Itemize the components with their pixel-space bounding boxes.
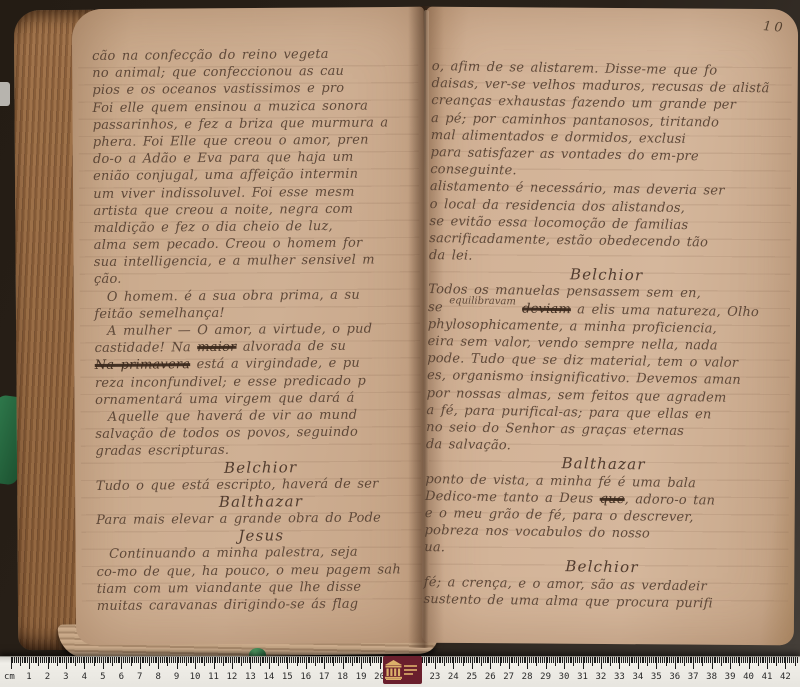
ruler-tick bbox=[378, 657, 379, 663]
ruler-tick bbox=[431, 657, 432, 663]
ruler-tick bbox=[162, 657, 163, 663]
ruler-tick bbox=[726, 657, 727, 663]
page-number: 10 bbox=[762, 19, 786, 36]
ruler-number: 40 bbox=[743, 672, 754, 682]
ruler-tick bbox=[501, 657, 502, 663]
ruler-number: 14 bbox=[263, 672, 274, 682]
ruler-number: 15 bbox=[282, 672, 293, 682]
ruler-tick bbox=[642, 657, 643, 663]
ruler-number: 36 bbox=[669, 672, 680, 682]
ruler-tick bbox=[428, 657, 429, 663]
ruler-tick bbox=[743, 657, 744, 663]
ruler-tick bbox=[595, 657, 596, 663]
ruler-number: 31 bbox=[577, 672, 588, 682]
ruler-tick bbox=[601, 657, 602, 669]
ruler-tick bbox=[88, 657, 89, 663]
ruler-number: 30 bbox=[559, 672, 570, 682]
ruler-tick bbox=[149, 657, 150, 666]
ruler-tick bbox=[682, 657, 683, 663]
ruler-tick bbox=[568, 657, 569, 663]
ruler-tick bbox=[357, 657, 358, 663]
ruler-tick bbox=[592, 657, 593, 666]
ruler-tick bbox=[252, 657, 253, 663]
ruler-tick bbox=[119, 657, 120, 663]
ruler-tick bbox=[79, 657, 80, 663]
ruler-tick bbox=[505, 657, 506, 663]
ruler-tick bbox=[215, 657, 216, 663]
ruler-tick bbox=[511, 657, 512, 663]
ruler-tick bbox=[71, 657, 72, 663]
ruler-tick bbox=[142, 657, 143, 663]
ruler-tick bbox=[719, 657, 720, 663]
ruler-tick bbox=[776, 657, 777, 666]
ruler-number: 16 bbox=[300, 672, 311, 682]
ruler-tick bbox=[370, 657, 371, 666]
ruler-tick bbox=[263, 657, 264, 663]
ruler-tick bbox=[690, 657, 691, 663]
archive-stamp bbox=[383, 656, 422, 684]
ruler-tick bbox=[273, 657, 274, 663]
ruler-tick bbox=[95, 657, 96, 663]
ruler-tick bbox=[485, 657, 486, 663]
ruler-tick bbox=[527, 657, 528, 669]
photographed-manuscript: 10 cão na confecção do reino vegetano an… bbox=[0, 0, 800, 687]
ruler-tick bbox=[474, 657, 475, 663]
ruler-tick bbox=[608, 657, 609, 663]
ruler-tick bbox=[686, 657, 687, 663]
ruler-tick bbox=[752, 657, 753, 663]
ruler-tick bbox=[219, 657, 220, 663]
ruler-tick bbox=[702, 657, 703, 666]
ruler-tick bbox=[736, 657, 737, 663]
ruler-number: 5 bbox=[100, 672, 105, 682]
ruler-tick bbox=[25, 657, 26, 663]
ruler-tick bbox=[673, 657, 674, 663]
ruler-tick bbox=[706, 657, 707, 663]
ruler-number: 42 bbox=[780, 672, 791, 682]
ruler-number: 25 bbox=[466, 672, 477, 682]
ruler-tick bbox=[468, 657, 469, 663]
ruler-tick bbox=[75, 657, 76, 666]
ruler-tick bbox=[551, 657, 552, 663]
ruler-tick bbox=[105, 657, 106, 663]
ruler-number: 1 bbox=[26, 672, 31, 682]
ruler-tick bbox=[46, 657, 47, 663]
ruler-tick bbox=[780, 657, 781, 663]
ruler-tick bbox=[42, 657, 43, 663]
ruler-tick bbox=[571, 657, 572, 663]
ruler-tick bbox=[522, 657, 523, 663]
ruler-number: 34 bbox=[632, 672, 643, 682]
ruler-tick bbox=[156, 657, 157, 663]
ruler-tick bbox=[136, 657, 137, 663]
ruler-tick bbox=[793, 657, 794, 663]
ruler-tick bbox=[18, 657, 19, 663]
ruler-tick bbox=[276, 657, 277, 663]
ruler-number: 39 bbox=[725, 672, 736, 682]
ruler-tick bbox=[284, 657, 285, 663]
ruler-tick bbox=[564, 657, 565, 669]
ruler-tick bbox=[629, 657, 630, 666]
ruler-number: 27 bbox=[503, 672, 514, 682]
ruler-tick bbox=[309, 657, 310, 663]
ruler-tick bbox=[695, 657, 696, 663]
ruler-tick bbox=[498, 657, 499, 663]
manuscript-text-left: cão na confecção do reino vegetano anima… bbox=[92, 45, 427, 615]
ruler-tick bbox=[304, 657, 305, 663]
ruler-number: 8 bbox=[155, 672, 160, 682]
ruler-tick bbox=[739, 657, 740, 666]
ruler-number: 7 bbox=[137, 672, 142, 682]
ruler-number: 6 bbox=[119, 672, 124, 682]
manuscript-line: co-mo de que, ha pouco, o meu pagem sah bbox=[96, 561, 426, 581]
ruler-number: 24 bbox=[448, 672, 459, 682]
ruler-number: 33 bbox=[614, 672, 625, 682]
ruler-tick bbox=[440, 657, 441, 663]
ruler-number: 17 bbox=[319, 672, 330, 682]
ruler-number: 28 bbox=[522, 672, 533, 682]
ruler-tick bbox=[542, 657, 543, 663]
ruler-number: 18 bbox=[337, 672, 348, 682]
ruler-tick bbox=[14, 657, 15, 663]
ruler-tick bbox=[243, 657, 244, 663]
ruler-tick bbox=[202, 657, 203, 663]
ruler-tick bbox=[461, 657, 462, 663]
ruler-tick bbox=[448, 657, 449, 663]
ruler-number: 35 bbox=[651, 672, 662, 682]
ruler-tick bbox=[374, 657, 375, 663]
ruler-tick bbox=[514, 657, 515, 663]
ruler-tick bbox=[280, 657, 281, 663]
ruler-tick bbox=[239, 657, 240, 663]
ruler-tick bbox=[51, 657, 52, 663]
ruler-tick bbox=[612, 657, 613, 663]
ruler-tick bbox=[588, 657, 589, 663]
ruler-number: 11 bbox=[208, 672, 219, 682]
ruler-tick bbox=[341, 657, 342, 663]
ruler-number: 9 bbox=[174, 672, 179, 682]
ruler-number: 23 bbox=[429, 672, 440, 682]
building-icon bbox=[385, 660, 402, 680]
ruler-tick bbox=[145, 657, 146, 663]
ruler-tick bbox=[437, 657, 438, 663]
ruler-tick bbox=[226, 657, 227, 663]
ruler-tick bbox=[193, 657, 194, 663]
ruler-tick bbox=[108, 657, 109, 663]
ruler-tick bbox=[785, 657, 786, 669]
ruler-tick bbox=[330, 657, 331, 663]
ruler-tick bbox=[773, 657, 774, 663]
ruler-tick bbox=[267, 657, 268, 663]
ruler-tick bbox=[31, 657, 32, 663]
ruler-tick bbox=[186, 657, 187, 666]
ruler-tick bbox=[559, 657, 560, 663]
ruler-tick bbox=[326, 657, 327, 663]
ruler-tick bbox=[190, 657, 191, 663]
ruler-tick bbox=[715, 657, 716, 663]
ruler-tick bbox=[669, 657, 670, 663]
ruler-tick bbox=[199, 657, 200, 663]
ruler-tick bbox=[112, 657, 113, 666]
ruler-tick bbox=[579, 657, 580, 663]
ruler-number: 10 bbox=[190, 672, 201, 682]
ruler-tick bbox=[616, 657, 617, 663]
ruler-tick bbox=[59, 657, 60, 663]
ruler-tick bbox=[712, 657, 713, 669]
ruler-tick bbox=[481, 657, 482, 666]
ruler-tick bbox=[129, 657, 130, 663]
background-sticker bbox=[0, 82, 10, 106]
ruler-tick bbox=[723, 657, 724, 663]
ruler-tick bbox=[182, 657, 183, 663]
ruler-tick bbox=[223, 657, 224, 666]
ruler-tick bbox=[575, 657, 576, 663]
ruler-tick bbox=[789, 657, 790, 663]
ruler-tick bbox=[125, 657, 126, 663]
ruler-tick bbox=[300, 657, 301, 663]
ruler-tick bbox=[297, 657, 298, 666]
ruler-tick bbox=[92, 657, 93, 663]
ruler-tick bbox=[289, 657, 290, 663]
ruler-tick bbox=[166, 657, 167, 663]
ruler-number: 12 bbox=[226, 672, 237, 682]
ruler-number: 41 bbox=[762, 672, 773, 682]
ruler-tick bbox=[457, 657, 458, 663]
ruler-tick bbox=[658, 657, 659, 663]
ruler-tick bbox=[535, 657, 536, 663]
ruler-tick bbox=[317, 657, 318, 663]
ruler-number: 38 bbox=[706, 672, 717, 682]
ruler-tick bbox=[760, 657, 761, 663]
ruler-tick bbox=[116, 657, 117, 663]
ruler-tick bbox=[518, 657, 519, 666]
ruler-tick bbox=[488, 657, 489, 663]
ruler-tick bbox=[363, 657, 364, 663]
ruler-tick bbox=[346, 657, 347, 663]
ruler-tick bbox=[153, 657, 154, 663]
ruler-number: 32 bbox=[595, 672, 606, 682]
ruler-tick bbox=[531, 657, 532, 663]
manuscript-line: sua intelligencia, e a mulher sensivel m bbox=[94, 251, 424, 271]
ruler-tick bbox=[38, 657, 39, 666]
ruler-tick bbox=[662, 657, 663, 663]
ruler-tick bbox=[230, 657, 231, 663]
ruler-tick bbox=[477, 657, 478, 663]
ruler-tick bbox=[132, 657, 133, 663]
ruler-tick bbox=[555, 657, 556, 666]
ruler-tick bbox=[699, 657, 700, 663]
manuscript-line: passarinhos, e fez a briza que murmura a bbox=[93, 114, 423, 134]
ruler-tick bbox=[173, 657, 174, 663]
ruler-number: 19 bbox=[356, 672, 367, 682]
ruler-tick bbox=[293, 657, 294, 663]
ruler-tick bbox=[22, 657, 23, 663]
ruler-tick bbox=[547, 657, 548, 663]
ruler-tick bbox=[55, 657, 56, 663]
ruler-tick bbox=[178, 657, 179, 663]
ruler-number: 2 bbox=[45, 672, 50, 682]
ruler-tick bbox=[749, 657, 750, 669]
ruler-tick bbox=[584, 657, 585, 663]
ruler-tick bbox=[621, 657, 622, 663]
ruler-tick bbox=[354, 657, 355, 663]
ruler-unit-label: cm bbox=[4, 672, 15, 682]
ruler-tick bbox=[236, 657, 237, 663]
ruler-tick bbox=[256, 657, 257, 663]
ruler-tick bbox=[632, 657, 633, 663]
ruler-tick bbox=[538, 657, 539, 663]
ruler-tick bbox=[464, 657, 465, 663]
ruler-tick bbox=[678, 657, 679, 663]
ruler-tick bbox=[35, 657, 36, 663]
ruler-tick bbox=[638, 657, 639, 669]
ruler-number: 26 bbox=[485, 672, 496, 682]
ruler-tick bbox=[625, 657, 626, 663]
ruler-tick bbox=[62, 657, 63, 663]
ruler-tick bbox=[797, 657, 798, 663]
ruler-tick bbox=[444, 657, 445, 666]
ruler-tick bbox=[210, 657, 211, 663]
ruler-tick bbox=[424, 657, 425, 663]
manuscript-line: muitas caravanas dirigindo-se ás flag bbox=[97, 595, 427, 615]
ruler-number: 4 bbox=[82, 672, 87, 682]
ruler-number: 13 bbox=[245, 672, 256, 682]
ruler-tick bbox=[649, 657, 650, 663]
ruler-tick bbox=[494, 657, 495, 663]
ruler-tick bbox=[313, 657, 314, 663]
ruler-tick bbox=[99, 657, 100, 663]
ruler-tick bbox=[367, 657, 368, 663]
ruler-tick bbox=[666, 657, 667, 666]
ruler-number: 29 bbox=[540, 672, 551, 682]
ruler-tick bbox=[84, 657, 85, 669]
ruler-tick bbox=[605, 657, 606, 663]
ruler-number: 37 bbox=[688, 672, 699, 682]
ruler-tick bbox=[452, 657, 453, 663]
ruler-number: 3 bbox=[63, 672, 68, 682]
ruler-tick bbox=[169, 657, 170, 663]
ruler-tick bbox=[756, 657, 757, 663]
ruler-tick bbox=[645, 657, 646, 663]
ruler-tick bbox=[321, 657, 322, 663]
ruler-tick bbox=[350, 657, 351, 663]
ruler-tick bbox=[247, 657, 248, 663]
ruler-tick bbox=[206, 657, 207, 663]
ruler-tick bbox=[732, 657, 733, 663]
ruler-tick bbox=[769, 657, 770, 663]
ruler-tick bbox=[763, 657, 764, 663]
ruler-tick bbox=[260, 657, 261, 666]
manuscript-text-right: o, afim de se alistarem. Disse-me que fo… bbox=[423, 58, 788, 614]
ruler-tick bbox=[68, 657, 69, 663]
stamp-text-lines bbox=[404, 665, 417, 675]
ruler-tick bbox=[337, 657, 338, 663]
ruler-tick bbox=[333, 657, 334, 666]
ruler-tick bbox=[653, 657, 654, 663]
